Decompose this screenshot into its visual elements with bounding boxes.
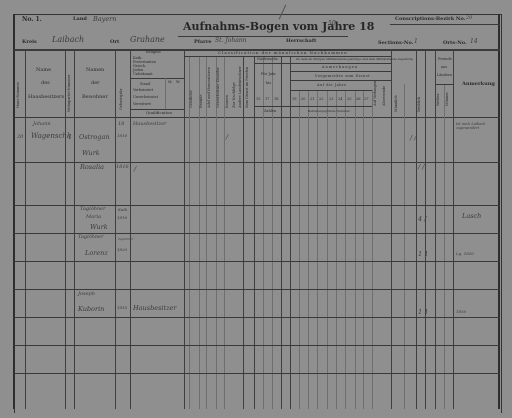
anmerkung: Lg. 1850	[456, 252, 474, 256]
vline	[115, 49, 116, 409]
class-col: Adel und Honoratioren	[208, 67, 212, 108]
conscription-value: 20	[466, 16, 472, 21]
year-col: 22	[319, 98, 323, 102]
vline	[345, 90, 346, 409]
geburtsjahr-1: Kath.	[118, 208, 129, 212]
conscription-label: Conscriptions-Bezirk No.	[395, 17, 465, 22]
col-anmerkung: Anmerkung	[462, 82, 495, 87]
tick-marks: / /	[410, 135, 416, 142]
haus-nr: 20	[17, 135, 23, 140]
col-name-1: Name	[36, 68, 51, 73]
year-col: 27	[364, 98, 368, 102]
geburtsjahr-2: 1820	[117, 248, 127, 252]
vline	[65, 49, 66, 409]
col-haus-nr: Haus-Nummer	[17, 82, 21, 108]
vline	[336, 90, 337, 409]
besitzer-2: Wagenschk	[31, 133, 71, 140]
form-left-border	[13, 14, 15, 409]
col-bewohner-1: Namen	[86, 68, 104, 73]
vline	[355, 90, 356, 409]
religion-row: Unbekannt	[133, 73, 153, 77]
pfarre-label: Pfarre	[194, 40, 212, 45]
geburtsjahr: 1810	[117, 306, 127, 310]
class-col: Geistliche	[190, 90, 194, 108]
nachwuchs-rule	[254, 63, 290, 64]
tick-marks: 4 /	[418, 216, 426, 223]
militaer-rule	[290, 63, 391, 64]
fuer-jahre-label: Auf die Jahre	[317, 84, 347, 88]
section-value: 1	[414, 39, 418, 45]
bewohner-2: Kuborin	[78, 306, 104, 313]
qualification-label: Qualification	[146, 111, 172, 115]
age-17: 17	[265, 98, 269, 102]
col-bewohner-3: Bewohner	[82, 95, 108, 100]
vline	[425, 49, 426, 409]
row-rule	[14, 345, 500, 346]
ort-label: Ort	[110, 40, 119, 45]
col-mannlich: Männlich	[395, 95, 399, 112]
anmerkungen-group: Anmerkungen	[322, 66, 358, 70]
row-rule	[14, 289, 500, 290]
anmerkung: 1850	[456, 310, 466, 314]
class-col: Gewerbsleute Künstler	[217, 67, 221, 108]
fuer-jahre-rule	[290, 90, 372, 91]
class-col: Zum Dienst im Frieden	[246, 67, 250, 108]
year-col: 26	[356, 98, 360, 102]
zahlen-label: Zahlen	[264, 110, 276, 114]
row-rule	[14, 317, 500, 318]
year-col: 24	[338, 98, 342, 102]
col-zahl-weiber: Weiber	[437, 94, 441, 107]
vline	[363, 90, 364, 409]
col-abwesende: Abwesende	[383, 86, 387, 106]
vline	[74, 49, 75, 409]
year-col: 19	[292, 98, 296, 102]
militaer-line: Zu dem im übrigen Militärstande gehörige…	[296, 58, 413, 61]
religion-title: Religion	[146, 51, 161, 55]
tick-marks: 1 1	[418, 251, 428, 258]
census-sheet: No. 1. Land Bayern Aufnahms-Bogen vom Ja…	[0, 0, 512, 418]
bewohner-3: Wurk	[90, 224, 108, 231]
col-wohnpartei: Wohnpartei-Nummer	[68, 75, 72, 112]
bewohner-2: Maria	[86, 215, 101, 220]
anmerkungen-rule	[290, 71, 391, 72]
stand-title: Stand	[140, 83, 150, 87]
class-tick: /	[226, 134, 228, 141]
year-col: 21	[310, 98, 314, 102]
section-label: Sections-No.	[378, 41, 413, 46]
tick-marks: 1 1	[418, 309, 428, 316]
stand-row: Verheiratet	[133, 89, 153, 93]
year-col: 23	[329, 98, 333, 102]
classification-title: Classification der männlichen Nachkommen	[218, 51, 348, 55]
fremde-3: Ländern	[437, 74, 452, 78]
col-bewohner-2: der	[91, 81, 100, 86]
vline	[184, 49, 185, 409]
year-col: 25	[347, 98, 351, 102]
bewohner-1: Taglöhner	[78, 235, 104, 240]
bewohner-1: Joseph	[78, 292, 95, 297]
vline	[327, 90, 328, 409]
geburtsjahr: 1816	[116, 165, 129, 170]
form-title: Aufnahms-Bogen vom Jahre 18	[183, 21, 374, 32]
geburtsjahr-1: Taglöhner	[118, 238, 133, 241]
stand-row: Unverheiratet	[133, 96, 158, 100]
header-rule-1	[390, 24, 500, 25]
vline	[299, 90, 300, 409]
vline	[444, 84, 445, 409]
fuer-jahr: Für Jahr	[261, 73, 276, 77]
orts-value: 14	[470, 39, 478, 45]
bewohner-2: Rosalia	[80, 164, 104, 171]
title-underline	[178, 36, 348, 37]
col-name-2: des	[41, 81, 50, 86]
geburtsjahr-2: 1816	[117, 216, 127, 220]
col-weiblich: Weiblich	[418, 97, 422, 112]
land-label: Land	[73, 17, 87, 22]
year-col: 20	[301, 98, 305, 102]
vline	[404, 84, 405, 409]
geburtsjahr-2: 1816	[117, 134, 127, 138]
bewohner: Ostrogan	[79, 134, 110, 141]
vline	[308, 90, 309, 409]
bewohner-2: Lorenz	[85, 250, 108, 257]
anmerkung: Ist nach Laibach zugewandert	[456, 123, 496, 130]
fuer-jahr-bis: bis	[266, 82, 271, 86]
land-value: Bayern	[93, 16, 116, 23]
herrschaft-label: Herrschaft	[286, 39, 316, 44]
anmerkung: Lasch	[462, 213, 481, 220]
bewohner-1: Taglöhner	[80, 207, 106, 212]
qualification: Hausbesitzer	[133, 305, 176, 312]
vline	[25, 49, 26, 409]
col-auf-verlangen: Auf Verlangen	[374, 81, 378, 106]
befreite-rule	[290, 106, 372, 107]
stand-row: Verwitwet	[133, 103, 151, 107]
age-18: 18	[274, 98, 278, 102]
vline	[130, 49, 131, 409]
geburtsjahr-1: 18	[118, 122, 124, 127]
vline	[372, 90, 373, 409]
vline	[391, 49, 392, 409]
age-15: 15	[256, 98, 260, 102]
besitzer-1: Johann	[33, 122, 51, 127]
religion-divider	[130, 78, 184, 79]
number-label: No. 1.	[22, 17, 42, 23]
class-col: Zur Nachfolge	[233, 82, 237, 108]
pfarre-value: St. Johann	[215, 38, 247, 44]
nachwuchs-label: Nachwuchs	[257, 58, 278, 62]
fremde-rule	[435, 84, 453, 85]
bewohner-1: Wurk	[82, 150, 100, 157]
year-suffix: 50	[328, 21, 336, 27]
ort-value: Grahane	[130, 36, 165, 44]
kreis-label: Kreis	[22, 40, 37, 45]
row-rule	[14, 261, 500, 262]
class-col: Andere Landeinwohner	[239, 66, 243, 108]
zahlen-rule	[254, 106, 290, 107]
vline	[317, 90, 318, 409]
vorgemerkte-label: Vorgemerkte zum Dienst	[315, 75, 370, 79]
col-name-3: Hausbesitzers	[28, 95, 64, 100]
stand-m: M.	[168, 81, 173, 85]
vline	[453, 49, 454, 409]
class-col: Beamte	[200, 94, 204, 108]
stand-w: W.	[176, 81, 180, 85]
orts-label: Orts-No.	[443, 41, 467, 46]
row-rule	[14, 373, 500, 374]
fremde-1: Fremde	[438, 58, 452, 62]
stand-divider	[165, 78, 166, 109]
qualification: Hausbesitzer	[133, 122, 166, 127]
kreis-value: Laibach	[52, 36, 84, 44]
col-geburtsjahr: Geburtsjahr	[120, 89, 124, 110]
col-zahl-maenner: Männer	[446, 92, 450, 106]
class-col: Bauern	[226, 95, 230, 108]
tick-marks: / /	[418, 164, 424, 171]
tick-marks: /	[134, 166, 136, 173]
form-right-border	[498, 14, 500, 409]
table-header-rule	[14, 117, 500, 118]
wohnpartei: 1	[68, 134, 72, 141]
befreite-label: Befreiungsgründe Nummer	[308, 110, 350, 113]
fremde-2: aus	[441, 66, 447, 70]
